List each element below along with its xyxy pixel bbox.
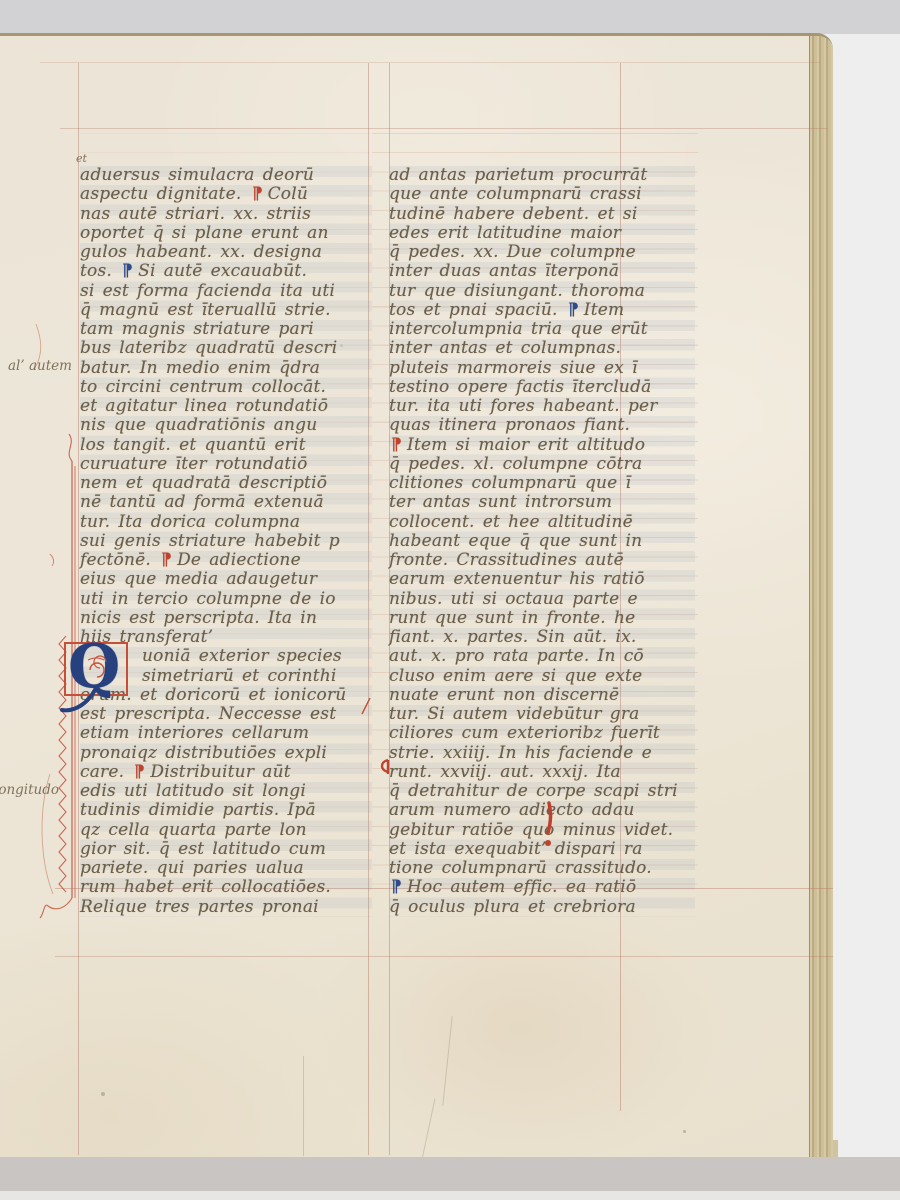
text-line: rum habet erit collocatiōes. xyxy=(80,878,372,897)
text-line: ¶Hoc autem effic. ea ratiō xyxy=(389,878,695,897)
text-line: strie. xxiiij. In his faciende e xyxy=(389,744,695,763)
margin-note-longitudo: longitudo xyxy=(0,782,59,798)
text-line: clitiones columpnarū que ī xyxy=(389,474,695,493)
backdrop-bottom-strip xyxy=(0,1191,900,1200)
text-line: los tangit. et quantū erit xyxy=(80,436,372,455)
text-line: tam magnis striature pari xyxy=(80,320,372,339)
text-line: nicis est perscripta. Ita in xyxy=(80,609,372,628)
text-line: nibus. uti si octaua parte e xyxy=(389,590,695,609)
red-margin-slash xyxy=(358,696,374,716)
text-line: edis uti latitudo sit longi xyxy=(80,782,372,801)
parchment-crease-2 xyxy=(422,1099,436,1160)
text-line: etiam interiores cellarum xyxy=(80,724,372,743)
fore-edge xyxy=(809,36,833,1162)
text-line: q̄ magnū est īteruallū strie. xyxy=(80,301,372,320)
text-line: tudinis dimidie partis. Ipā xyxy=(80,801,372,820)
text-line: aut. x. pro rata parte. In cō xyxy=(389,647,695,666)
red-exclamation-flourish xyxy=(540,801,560,853)
text-line: edes erit latitudine maior xyxy=(389,224,695,243)
text-line: pronaiqz distributiōes expli xyxy=(80,744,372,763)
text-line: inter duas antas īterponā xyxy=(389,262,695,281)
text-line: pluteis marmoreis siue ex ī xyxy=(389,359,695,378)
text-line: aspectu dignitate. ¶Colū xyxy=(80,185,372,204)
text-line: nuate erunt non discernē xyxy=(389,686,695,705)
text-line: earum extenuentur his ratiō xyxy=(389,570,695,589)
text-line: fectōnē. ¶De adiectione xyxy=(80,551,372,570)
text-line: batur. In medio enim q̄dra xyxy=(80,359,372,378)
text-line: runt que sunt in fronte. he xyxy=(389,609,695,628)
ruling-line-top xyxy=(40,62,820,63)
text-line: uti in tercio columpne de io xyxy=(80,590,372,609)
text-line: nem et quadratā descriptiō xyxy=(80,474,372,493)
interlinear-gloss-et: et xyxy=(76,152,87,165)
red-pilcrow-icon: ¶ xyxy=(391,436,402,455)
text-line: tur. Ita dorica columpna xyxy=(80,513,372,532)
text-line: ad antas parietum procurrāt xyxy=(389,166,695,185)
text-line: que ante columpnarū crassi xyxy=(389,185,695,204)
ruling-line-textblock-top xyxy=(60,128,828,129)
text-line: fronte. Crassitudines autē xyxy=(389,551,695,570)
text-line: ¶Item si maior erit altitudo xyxy=(389,436,695,455)
text-line: eius que media adaugetur xyxy=(80,570,372,589)
text-line: aduersus simulacra deorū xyxy=(80,166,372,185)
decorated-initial-frame: Q xyxy=(64,642,128,696)
text-line: qz cella quarta parte lon xyxy=(80,821,372,840)
text-line: pariete. qui paries ualua xyxy=(80,859,372,878)
text-line: testino opere factis ītercludā xyxy=(389,378,695,397)
text-line: intercolumpnia tria que erūt xyxy=(389,320,695,339)
margin-note-al-autem: al’ autem xyxy=(8,358,72,374)
text-line: tur que disiungant. thoroma xyxy=(389,282,695,301)
text-line: sui genis striature habebit p xyxy=(80,532,372,551)
blue-pilcrow-icon: ¶ xyxy=(122,262,133,281)
text-line: collocent. et hee altitudinē xyxy=(389,513,695,532)
text-line: q̄ pedes. xl. columpne cōtra xyxy=(389,455,695,474)
red-margin-paraph-fragment xyxy=(378,758,392,776)
text-line: gior sit. q̄ est latitudo cum xyxy=(80,840,372,859)
parchment-crease-1 xyxy=(303,1056,304,1156)
text-line: q̄ oculus plura et crebriora xyxy=(389,898,695,917)
text-line: tur. Si autem videbūtur gra xyxy=(389,705,695,724)
text-line: tos. ¶Si autē excauabūt. xyxy=(80,262,372,281)
left-text-column: aduersus simulacra deorūaspectu dignitat… xyxy=(80,166,372,917)
ruling-line-lower xyxy=(55,956,833,957)
text-line: nis que quadratiōnis angu xyxy=(80,416,372,435)
text-line: Relique tres partes pronai xyxy=(80,898,372,917)
text-line: ter antas sunt introrsum xyxy=(389,493,695,512)
text-line: si est forma facienda ita uti xyxy=(80,282,372,301)
blue-pilcrow-icon: ¶ xyxy=(568,301,579,320)
text-line: care. ¶Distribuitur aūt xyxy=(80,763,372,782)
red-pilcrow-icon: ¶ xyxy=(161,551,172,570)
text-line: tos et pnai spaciū. ¶Item xyxy=(389,301,695,320)
text-line: inter antas et columpnas. xyxy=(389,339,695,358)
red-pilcrow-icon: ¶ xyxy=(134,763,145,782)
text-line: et agitatur linea rotundatiō xyxy=(80,397,372,416)
text-line: q̄ pedes. xx. Due columpne xyxy=(389,243,695,262)
parchment-crease-3 xyxy=(442,1016,452,1106)
text-line: curuature īter rotundatiō xyxy=(80,455,372,474)
text-line: bus lateribz quadratū descri xyxy=(80,339,372,358)
text-line: tudinē habere debent. et si xyxy=(389,205,695,224)
speck-1 xyxy=(101,1092,105,1096)
text-line: tur. ita uti fores habeant. per xyxy=(389,397,695,416)
text-line: q̄ detrahitur de corpe scapi stri xyxy=(389,782,695,801)
text-line: nas autē striari. xx. striis xyxy=(80,205,372,224)
manuscript-page: et al’ autem longitudo aduersus simulacr… xyxy=(0,33,833,1164)
blue-pilcrow-icon: ¶ xyxy=(391,878,402,897)
speck-2 xyxy=(683,1130,686,1133)
text-line: nē tantū ad formā extenuā xyxy=(80,493,372,512)
backdrop-top-band xyxy=(0,0,900,34)
text-line: gulos habeant. xx. designa xyxy=(80,243,372,262)
text-line: ciliores cum exterioribz fuerīt xyxy=(389,724,695,743)
text-line: fiant. x. partes. Sin aūt. ix. xyxy=(389,628,695,647)
initial-tail-stroke xyxy=(58,684,128,718)
text-line: quas itinera pronaos fiant. xyxy=(389,416,695,435)
red-pilcrow-icon: ¶ xyxy=(252,185,263,204)
text-line: tione columpnarū crassitudo. xyxy=(389,859,695,878)
text-line: habeant eque q̄ que sunt in xyxy=(389,532,695,551)
text-line: to circini centrum collocāt. xyxy=(80,378,372,397)
text-line: runt. xxviij. aut. xxxij. Ita xyxy=(389,763,695,782)
text-line: oportet q̄ si plane erunt an xyxy=(80,224,372,243)
text-line: cluso enim aere si que exte xyxy=(389,667,695,686)
